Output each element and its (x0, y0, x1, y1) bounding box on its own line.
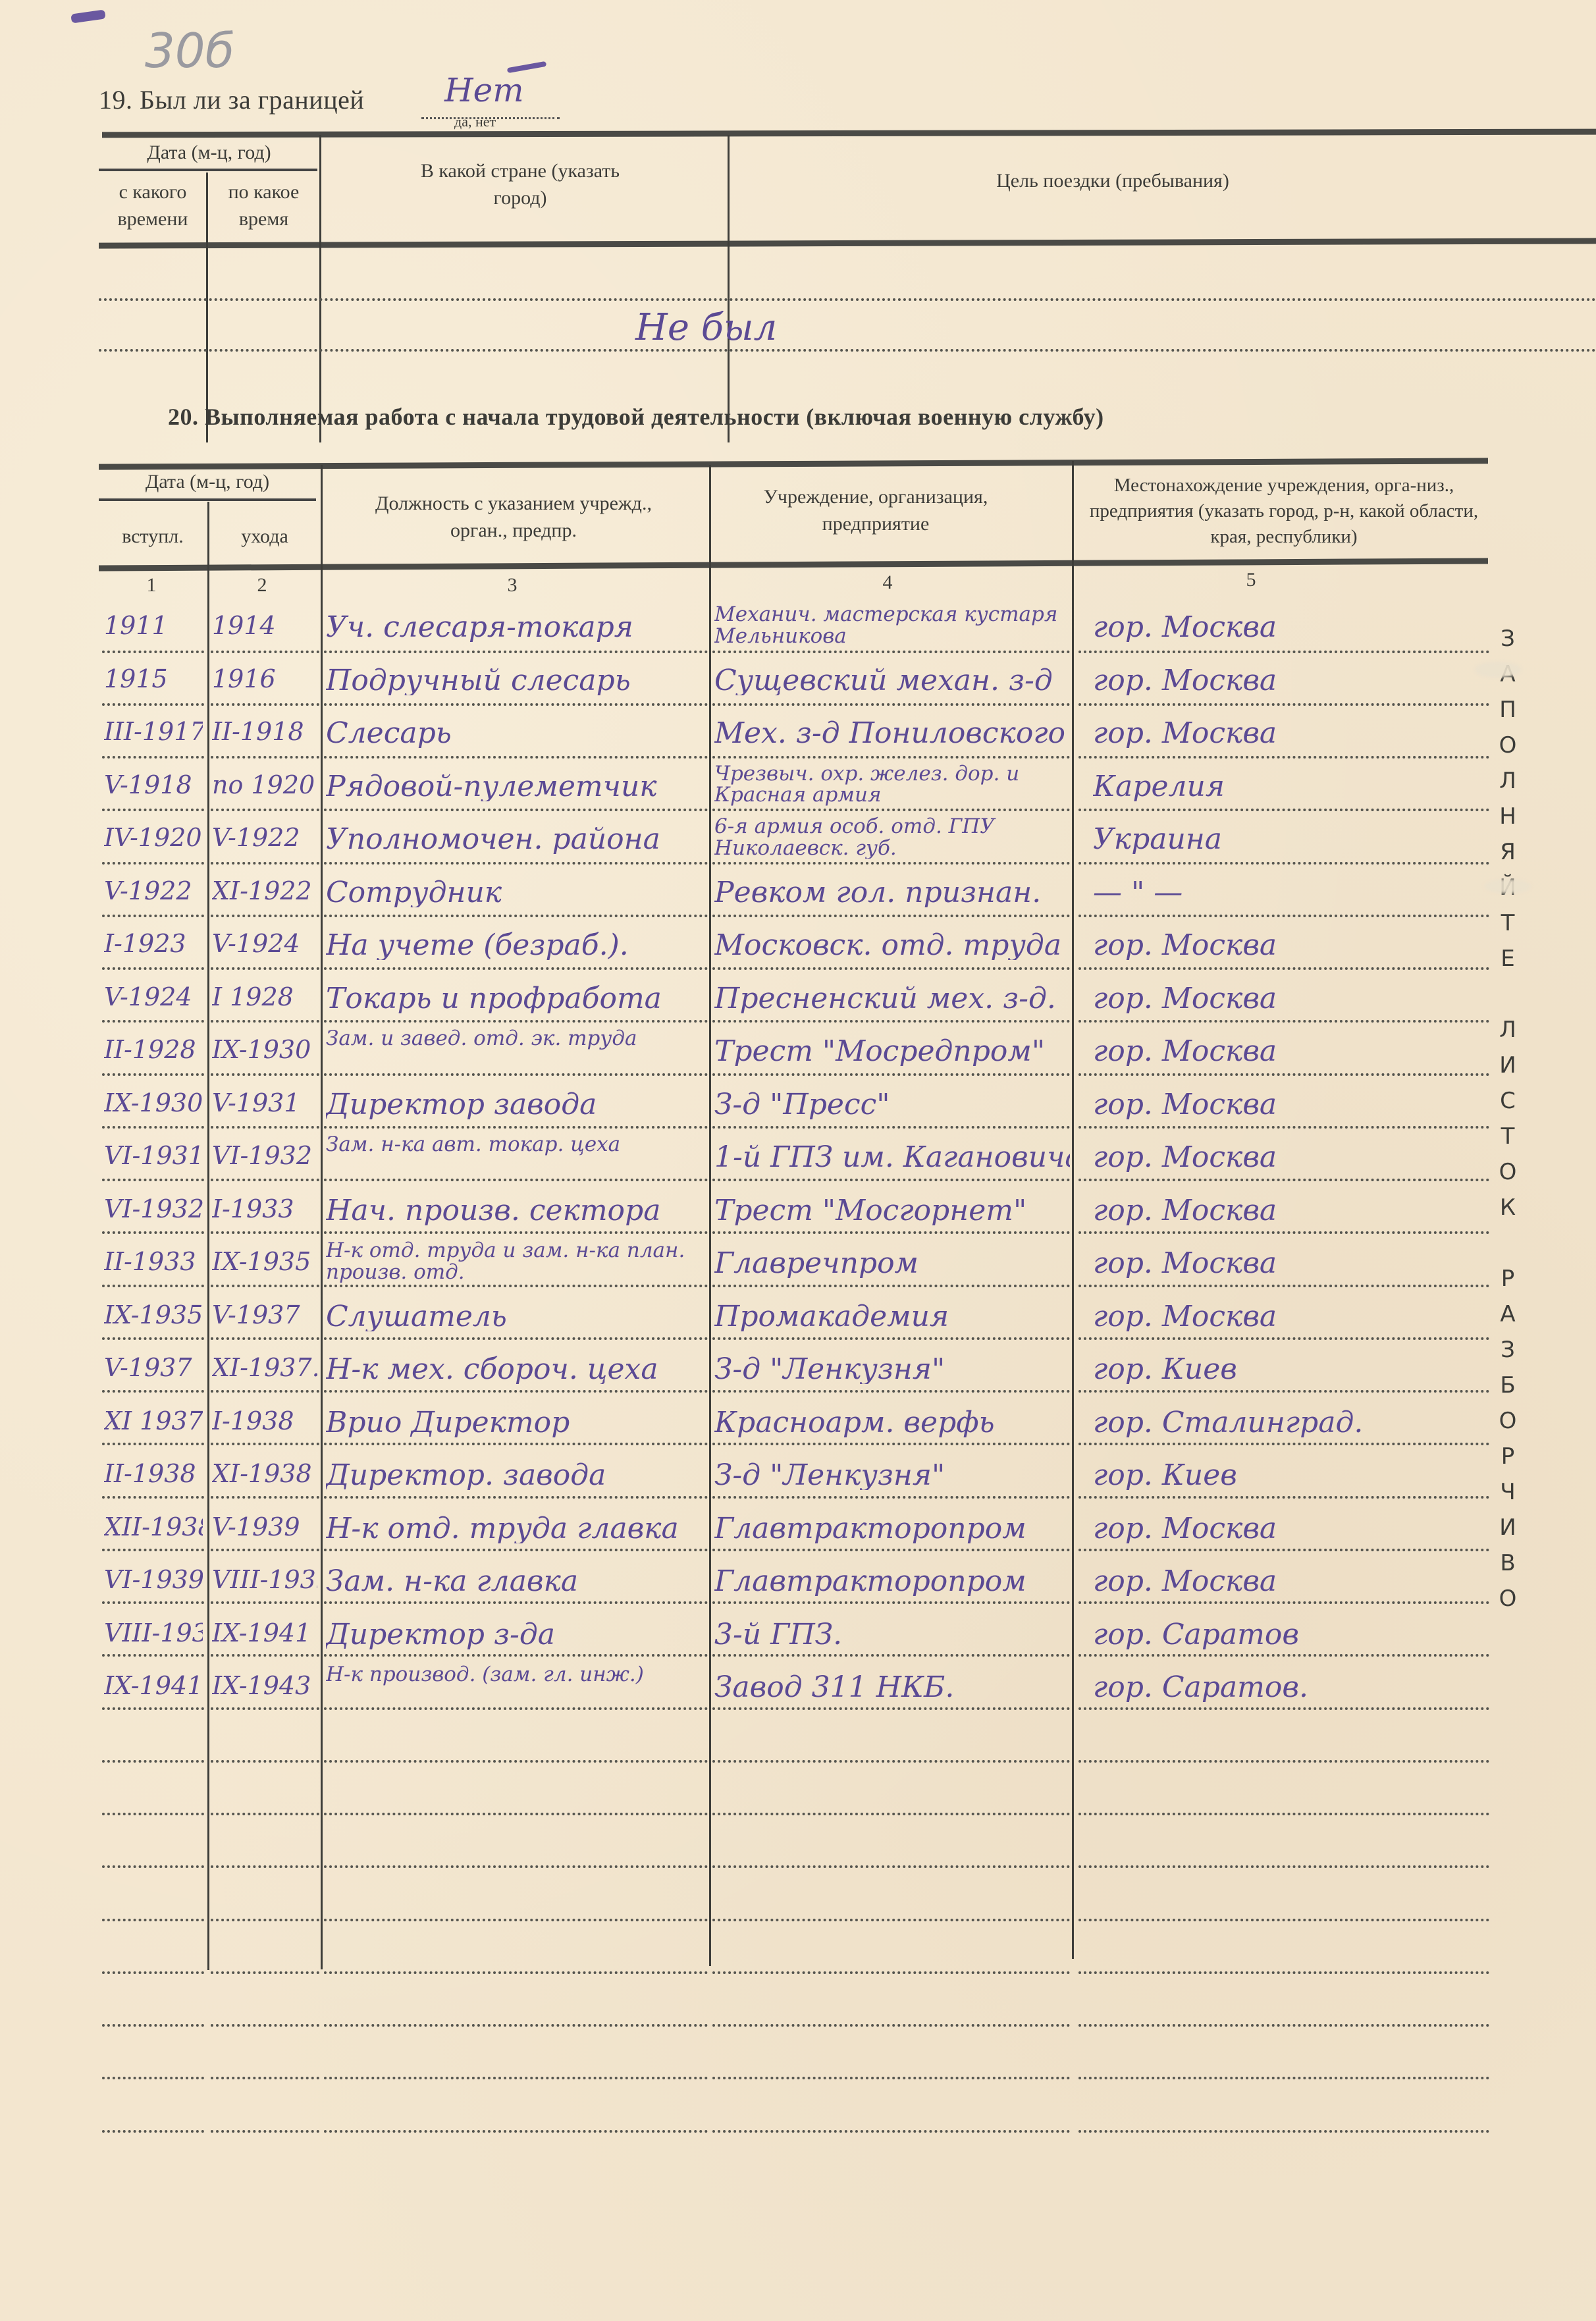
cell-start: VI-1932 (104, 1196, 203, 1221)
cell-position: Слесарь (326, 719, 708, 748)
row-divider (1078, 1971, 1489, 1974)
row-divider (102, 756, 204, 759)
row-divider (1078, 651, 1489, 653)
row-divider (1078, 1865, 1489, 1868)
cell-position: Слушатель (326, 1302, 708, 1331)
row-divider (712, 915, 1070, 917)
cell-position: Директор з-да (326, 1620, 708, 1649)
col-number-2: 2 (242, 574, 282, 597)
cell-end: II-1918 (212, 719, 317, 744)
cell-end: IX-1943 (212, 1673, 317, 1698)
cell-end: IX-1941 (212, 1620, 317, 1645)
col-number-4: 4 (868, 572, 907, 594)
cell-start: IX-1930 (104, 1090, 203, 1115)
cell-location: гор. Москва (1093, 1302, 1488, 1331)
row-divider (712, 809, 1070, 811)
row-divider (211, 651, 319, 653)
row-divider (211, 1654, 319, 1657)
row-divider (712, 1285, 1070, 1287)
cell-end: V-1931 (212, 1090, 317, 1115)
cell-end: I 1928 (212, 984, 317, 1009)
row-divider (712, 1390, 1070, 1393)
cell-location: гор. Киев (1093, 1461, 1488, 1490)
cell-position: Уч. слесаря-токаря (326, 613, 708, 642)
s19-header-bottom-rule (99, 238, 1596, 248)
row-divider (1078, 1020, 1489, 1023)
row-divider (102, 1231, 204, 1234)
row-divider (324, 1919, 708, 1921)
cell-organization: З-д "Ленкузня" (714, 1461, 1070, 1490)
row-divider (712, 1865, 1070, 1868)
cell-position: Рядовой-пулеметчик (326, 772, 708, 801)
row-divider (324, 1126, 708, 1129)
row-divider (102, 1179, 204, 1181)
row-divider (324, 1601, 708, 1604)
s19-header-date: Дата (м-ц, год) (99, 140, 319, 167)
cell-start: VI-1939 (104, 1567, 203, 1592)
row-divider (102, 703, 204, 706)
col-number-1: 1 (132, 574, 171, 597)
cell-location: гор. Москва (1093, 1567, 1488, 1596)
row-divider (324, 1760, 708, 1763)
cell-organization: Ревком гол. признан. (714, 878, 1070, 907)
row-divider (1078, 1179, 1489, 1181)
row-divider (102, 1496, 204, 1499)
row-divider (102, 1654, 204, 1657)
cell-position: Н-к отд. труда и зам. н-ка план. произв.… (326, 1240, 708, 1283)
row-divider (324, 1707, 708, 1710)
cell-location: гор. Саратов. (1093, 1673, 1488, 1702)
cell-end: V-1924 (212, 931, 317, 956)
s19-date-underline (99, 169, 317, 171)
s19-header-to: по какое время (209, 179, 318, 232)
cell-location: гор. Москва (1093, 1037, 1488, 1066)
cell-end: 1914 (212, 613, 317, 638)
cell-location: гор. Саратов (1093, 1620, 1488, 1649)
s19-vline-2 (319, 135, 321, 442)
cell-location: гор. Киев (1093, 1355, 1488, 1384)
row-divider (712, 1919, 1070, 1921)
s19-header-purpose: Цель поездки (пребывания) (856, 168, 1370, 195)
row-divider (1078, 1496, 1489, 1499)
sheet-number-note: 30б (145, 23, 234, 78)
row-divider (102, 1073, 204, 1076)
row-divider (211, 1865, 319, 1868)
paper-stain (1485, 879, 1531, 894)
row-divider (324, 1443, 708, 1445)
cell-location: гор. Москва (1093, 1249, 1488, 1278)
row-divider (712, 1231, 1070, 1234)
row-divider (324, 915, 708, 917)
row-divider (324, 1231, 708, 1234)
cell-start: II-1928 (104, 1037, 203, 1062)
row-divider (211, 1179, 319, 1181)
row-divider (712, 1496, 1070, 1499)
cell-organization: 1-й ГПЗ им. Кагановича (714, 1143, 1070, 1172)
row-divider (102, 1020, 204, 1023)
row-divider (324, 809, 708, 811)
row-divider (324, 2130, 708, 2133)
cell-organization: Главтракторопром (714, 1567, 1070, 1596)
row-divider (1078, 967, 1489, 970)
cell-start: VI-1931 (104, 1143, 203, 1168)
cell-end: IX-1935 (212, 1249, 317, 1274)
s19-header-from: с какого времени (100, 179, 205, 232)
row-divider (1078, 1285, 1489, 1287)
s19-vline-3 (728, 135, 730, 442)
s20-header-start: вступл. (100, 523, 205, 550)
side-instruction: ЗАПОЛНЯЙТЕ ЛИСТОК РАЗБОРЧИВО (1495, 626, 1521, 1621)
row-divider (102, 1865, 204, 1868)
row-divider (211, 2077, 319, 2079)
cell-position: Зам. и завед. отд. эк. труда (326, 1028, 708, 1050)
row-divider (102, 651, 204, 653)
cell-start: V-1918 (104, 772, 203, 797)
cell-end: XI-1922 (212, 878, 317, 903)
row-divider (211, 1285, 319, 1287)
row-divider (324, 756, 708, 759)
s19-top-rule (102, 129, 1596, 138)
row-divider (102, 1443, 204, 1445)
row-divider (102, 862, 204, 865)
row-divider (324, 1971, 708, 1974)
cell-organization: Завод 311 НКБ. (714, 1673, 1070, 1702)
row-divider (324, 1179, 708, 1181)
row-divider (102, 1390, 204, 1393)
cell-organization: Трест "Мосгорнет" (714, 1196, 1070, 1225)
s19-row-line-1 (99, 298, 1596, 301)
row-divider (211, 1760, 319, 1763)
ink-mark (70, 9, 105, 23)
cell-location: гор. Москва (1093, 666, 1488, 695)
cell-start: II-1933 (104, 1249, 203, 1274)
row-divider (102, 1707, 204, 1710)
cell-organization: Мех. з-д Пониловского (714, 719, 1070, 748)
cell-end: I-1933 (212, 1196, 317, 1221)
cell-position: Директор. завода (326, 1461, 708, 1490)
cell-start: II-1938 (104, 1461, 203, 1486)
row-divider (1078, 2024, 1489, 2027)
row-divider (211, 2130, 319, 2133)
row-divider (211, 1073, 319, 1076)
row-divider (712, 1337, 1070, 1340)
row-divider (324, 1654, 708, 1657)
row-divider (1078, 1126, 1489, 1129)
row-divider (211, 1020, 319, 1023)
cell-location: гор. Москва (1093, 1196, 1488, 1225)
s20-header-date: Дата (м-ц, год) (99, 469, 316, 496)
row-divider (102, 967, 204, 970)
row-divider (324, 1865, 708, 1868)
row-divider (211, 756, 319, 759)
s20-header-organization: Учреждение, организация, предприятие (711, 484, 1040, 537)
cell-position: Н-к производ. (зам. гл. инж.) (326, 1664, 708, 1686)
row-divider (324, 651, 708, 653)
row-divider (1078, 1707, 1489, 1710)
cell-end: VI-1932 (212, 1143, 317, 1168)
row-divider (712, 967, 1070, 970)
row-divider (211, 915, 319, 917)
cell-end: XI-1937. (212, 1355, 317, 1380)
row-divider (211, 809, 319, 811)
row-divider (1078, 1390, 1489, 1393)
row-divider (102, 915, 204, 917)
s20-top-rule (99, 458, 1488, 469)
row-divider (712, 703, 1070, 706)
cell-location: гор. Москва (1093, 613, 1488, 642)
cell-location: гор. Москва (1093, 1514, 1488, 1543)
cell-start: I-1923 (104, 931, 203, 956)
cell-position: Уполномочен. района (326, 825, 708, 854)
row-divider (1078, 1601, 1489, 1604)
s20-header-bottom-rule (99, 558, 1488, 571)
cell-organization: Трест "Мосредпром" (714, 1037, 1070, 1066)
cell-location: гор. Москва (1093, 931, 1488, 960)
cell-end: VIII-1939 (212, 1567, 317, 1592)
cell-end: IX-1930 (212, 1037, 317, 1062)
s20-vline-2 (321, 465, 323, 1969)
cell-start: III-1917 (104, 719, 203, 744)
cell-organization: Промакадемия (714, 1302, 1070, 1331)
row-divider (712, 862, 1070, 865)
cell-position: Н-к мех. сбороч. цеха (326, 1355, 708, 1384)
section19-label: 19. Был ли за границей (99, 84, 364, 115)
section19-answer-caption: да, нет (454, 113, 496, 130)
cell-end: 1916 (212, 666, 317, 691)
cell-organization: Главтракторопром (714, 1514, 1070, 1543)
cell-location: — " — (1093, 878, 1488, 907)
row-divider (1078, 756, 1489, 759)
row-divider (324, 1337, 708, 1340)
row-divider (1078, 1919, 1489, 1921)
cell-start: XII-1938 (104, 1514, 203, 1539)
row-divider (102, 1919, 204, 1921)
paper-stain (1475, 662, 1521, 678)
s20-date-underline (99, 498, 316, 501)
cell-start: IX-1935 (104, 1302, 203, 1327)
cell-start: 1915 (104, 666, 203, 691)
row-divider (712, 1654, 1070, 1657)
row-divider (102, 1549, 204, 1551)
row-divider (324, 862, 708, 865)
cell-position: Зам. н-ка авт. токар. цеха (326, 1134, 708, 1156)
cell-location: гор. Москва (1093, 984, 1488, 1013)
section19-answer: Нет (444, 71, 524, 109)
s20-vline-4 (1072, 461, 1074, 1959)
row-divider (712, 1020, 1070, 1023)
row-divider (712, 1707, 1070, 1710)
cell-organization: 6-я армия особ. отд. ГПУ Николаевск. губ… (714, 816, 1070, 859)
cell-start: VIII-1939 (104, 1620, 203, 1645)
row-divider (1078, 2130, 1489, 2133)
cell-organization: Пресненский мех. з-д. (714, 984, 1070, 1013)
row-divider (712, 1179, 1070, 1181)
cell-organization: З-д "Ленкузня" (714, 1355, 1070, 1384)
row-divider (211, 1971, 319, 1974)
s20-header-position: Должность с указанием учрежд., орган., п… (369, 491, 658, 544)
cell-position: Нач. произв. сектора (326, 1196, 708, 1225)
row-divider (211, 2024, 319, 2027)
cell-end: XI-1938 (212, 1461, 317, 1486)
cell-position: Токарь и профработа (326, 984, 708, 1013)
cell-start: V-1937 (104, 1355, 203, 1380)
row-divider (324, 1390, 708, 1393)
row-divider (102, 809, 204, 811)
cell-organization: 3-й ГПЗ. (714, 1620, 1070, 1649)
section19-entry: Не был (635, 306, 777, 349)
row-divider (211, 1126, 319, 1129)
row-divider (712, 1813, 1070, 1815)
cell-end: V-1939 (212, 1514, 317, 1539)
row-divider (211, 1601, 319, 1604)
row-divider (1078, 1073, 1489, 1076)
row-divider (324, 1496, 708, 1499)
row-divider (211, 1390, 319, 1393)
row-divider (211, 703, 319, 706)
cell-organization: Главречпром (714, 1249, 1070, 1278)
row-divider (1078, 1654, 1489, 1657)
row-divider (324, 703, 708, 706)
cell-end: V-1937 (212, 1302, 317, 1327)
row-divider (102, 1601, 204, 1604)
row-divider (712, 1971, 1070, 1974)
cell-organization: Сущевский механ. з-д (714, 666, 1070, 695)
row-divider (211, 1496, 319, 1499)
row-divider (211, 1337, 319, 1340)
row-divider (1078, 1549, 1489, 1551)
row-divider (211, 1231, 319, 1234)
row-divider (1078, 1443, 1489, 1445)
s20-header-location: Местонахождение учреждения, орга-низ., п… (1073, 473, 1495, 550)
col-number-5: 5 (1231, 569, 1271, 591)
row-divider (102, 1971, 204, 1974)
cell-organization: Красноарм. верфь (714, 1408, 1070, 1437)
cell-end: I-1938 (212, 1408, 317, 1433)
cell-location: Украина (1093, 825, 1488, 854)
s20-vline-1 (207, 502, 209, 1970)
cell-organization: Московск. отд. труда (714, 931, 1070, 960)
row-divider (324, 1549, 708, 1551)
row-divider (712, 2077, 1070, 2079)
row-divider (712, 1760, 1070, 1763)
row-divider (1078, 2077, 1489, 2079)
row-divider (1078, 809, 1489, 811)
row-divider (712, 2130, 1070, 2133)
row-divider (102, 1337, 204, 1340)
s19-vline-1 (206, 173, 208, 442)
cell-position: На учете (безраб.). (326, 931, 708, 960)
cell-position: Подручный слесарь (326, 666, 708, 695)
row-divider (102, 1813, 204, 1815)
row-divider (211, 862, 319, 865)
s19-row-line-2 (99, 349, 1596, 352)
cell-position: Сотрудник (326, 878, 708, 907)
cell-start: V-1924 (104, 984, 203, 1009)
cell-position: Зам. н-ка главка (326, 1567, 708, 1596)
cell-start: XI 1937. (104, 1408, 203, 1433)
row-divider (324, 1813, 708, 1815)
cell-end: по 1920 (212, 772, 317, 797)
row-divider (102, 1126, 204, 1129)
row-divider (324, 2024, 708, 2027)
cell-location: Карелия (1093, 772, 1488, 801)
row-divider (712, 1126, 1070, 1129)
cell-start: IX-1941 (104, 1673, 203, 1698)
row-divider (712, 1601, 1070, 1604)
row-divider (1078, 1813, 1489, 1815)
row-divider (1078, 1760, 1489, 1763)
row-divider (102, 2077, 204, 2079)
s20-header-end: ухода (212, 523, 317, 550)
cell-start: IV-1920 (104, 825, 203, 850)
row-divider (102, 2130, 204, 2133)
row-divider (211, 1549, 319, 1551)
section20-title: 20. Выполняемая работа с начала трудовой… (168, 403, 1104, 431)
col-number-3: 3 (492, 574, 532, 597)
row-divider (1078, 703, 1489, 706)
cell-location: гор. Москва (1093, 719, 1488, 748)
section19-answer-dash (507, 61, 546, 73)
row-divider (211, 1813, 319, 1815)
cell-start: 1911 (104, 613, 203, 638)
row-divider (1078, 1231, 1489, 1234)
cell-location: гор. Москва (1093, 1143, 1488, 1172)
row-divider (324, 1073, 708, 1076)
row-divider (211, 1919, 319, 1921)
row-divider (102, 1285, 204, 1287)
cell-organization: Чрезвыч. охр. желез. дор. и Красная арми… (714, 763, 1070, 806)
cell-location: гор. Москва (1093, 1090, 1488, 1119)
row-divider (324, 1285, 708, 1287)
cell-position: Н-к отд. труда главка (326, 1514, 708, 1543)
row-divider (712, 1073, 1070, 1076)
row-divider (324, 1020, 708, 1023)
cell-position: Врио Директор (326, 1408, 708, 1437)
row-divider (1078, 1337, 1489, 1340)
row-divider (1078, 915, 1489, 917)
cell-end: V-1922 (212, 825, 317, 850)
row-divider (102, 1760, 204, 1763)
row-divider (712, 756, 1070, 759)
cell-position: Директор завода (326, 1090, 708, 1119)
row-divider (324, 967, 708, 970)
s19-header-country: В какой стране (указать город) (408, 158, 632, 211)
row-divider (712, 651, 1070, 653)
row-divider (211, 1443, 319, 1445)
row-divider (211, 967, 319, 970)
cell-organization: З-д "Пресс" (714, 1090, 1070, 1119)
row-divider (712, 1443, 1070, 1445)
s20-vline-3 (709, 465, 711, 1966)
row-divider (712, 1549, 1070, 1551)
cell-start: V-1922 (104, 878, 203, 903)
row-divider (324, 2077, 708, 2079)
row-divider (102, 2024, 204, 2027)
row-divider (211, 1707, 319, 1710)
cell-organization: Механич. мастерская кустаря Мельникова (714, 604, 1070, 647)
row-divider (1078, 862, 1489, 865)
cell-location: гор. Сталинград. (1093, 1408, 1488, 1437)
row-divider (712, 2024, 1070, 2027)
